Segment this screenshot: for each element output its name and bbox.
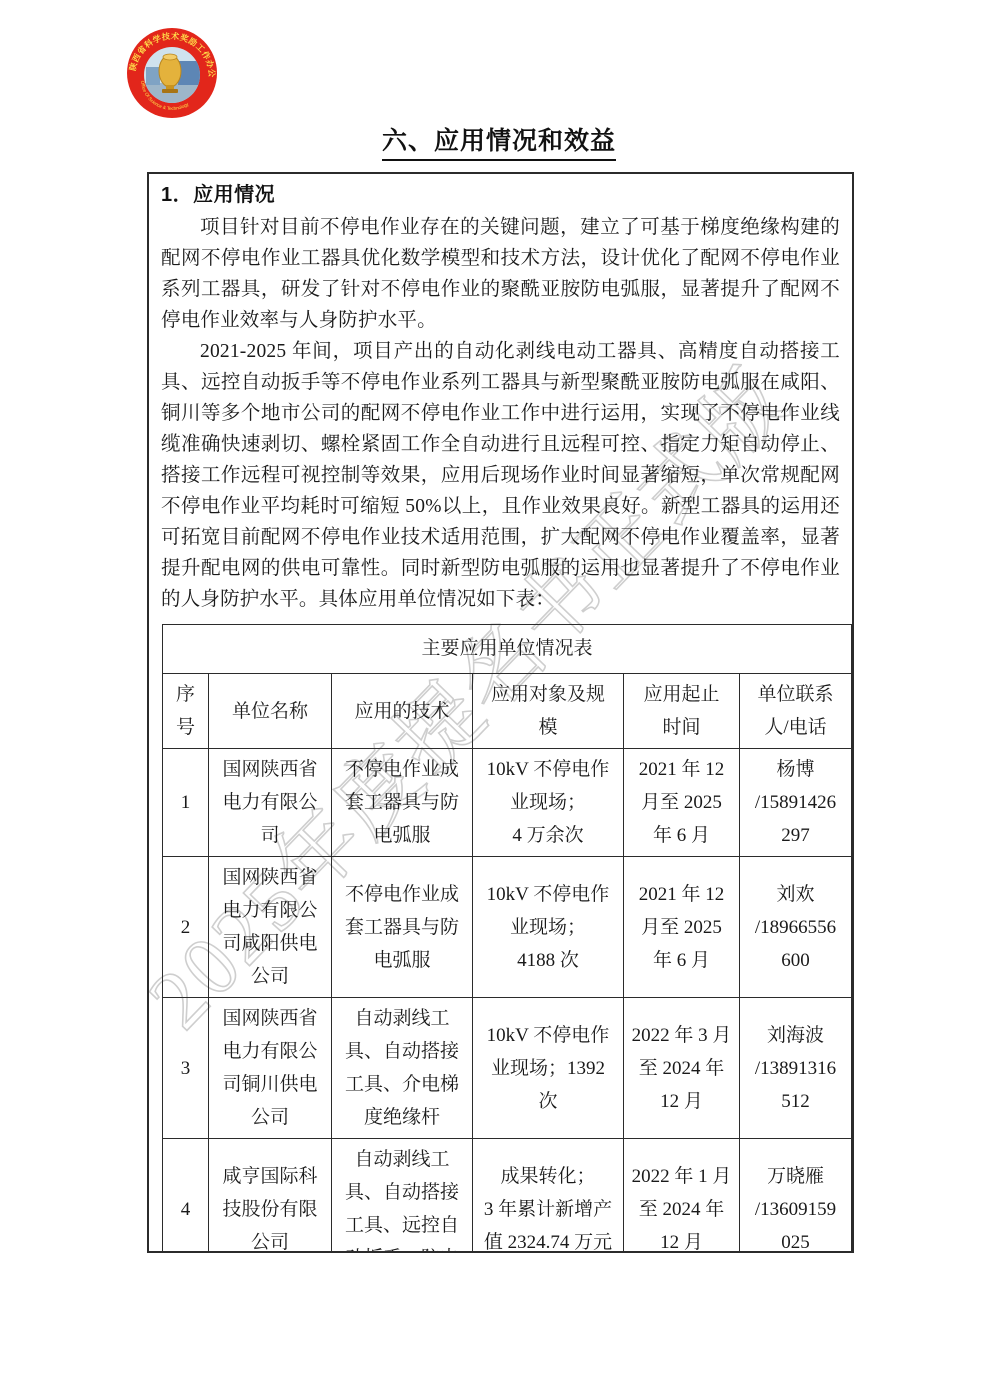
cell-index: 2	[163, 857, 209, 998]
table-row: 3 国网陕西省 电力有限公 司铜川供电 公司 自动剥线工 具、自动搭接 工具、介…	[163, 998, 852, 1139]
cell-index: 4	[163, 1139, 209, 1254]
cell-scope: 10kV 不停电作 业现场；1392 次	[473, 998, 624, 1139]
cell-unit-name: 国网陕西省 电力有限公 司	[209, 749, 332, 857]
table-caption-row: 主要应用单位情况表	[163, 625, 852, 674]
section-box: 1．应用情况 项目针对目前不停电作业存在的关键问题，建立了可基于梯度绝缘构建的配…	[147, 172, 854, 1253]
cell-period: 2022 年 1 月 至 2024 年 12 月	[624, 1139, 740, 1254]
cell-contact: 刘欢 /18966556 600	[740, 857, 852, 998]
cell-period: 2021 年 12 月至 2025 年 6 月	[624, 749, 740, 857]
cell-period: 2022 年 3 月 至 2024 年 12 月	[624, 998, 740, 1139]
title-row: 六、应用情况和效益	[147, 124, 851, 161]
cell-index: 3	[163, 998, 209, 1139]
col-header-period: 应用起止 时间	[624, 674, 740, 749]
table-row: 4 咸亨国际科 技股份有限 公司 自动剥线工 具、自动搭接 工具、远控自 动扳手…	[163, 1139, 852, 1254]
cell-index: 1	[163, 749, 209, 857]
org-seal-logo: 陕西省科学技术奖励工作办公室 Office Of Science & Techn…	[126, 27, 218, 119]
col-header-unit-name: 单位名称	[209, 674, 332, 749]
col-header-technology: 应用的技术	[332, 674, 473, 749]
cell-technology: 自动剥线工 具、自动搭接 工具、远控自 动扳手、防电	[332, 1139, 473, 1254]
col-header-scope: 应用对象及规 模	[473, 674, 624, 749]
cell-unit-name: 国网陕西省 电力有限公 司咸阳供电 公司	[209, 857, 332, 998]
cell-unit-name: 国网陕西省 电力有限公 司铜川供电 公司	[209, 998, 332, 1139]
document-page: { "logo": { "org_name_ring": "陕西省科学技术奖励工…	[0, 0, 990, 1399]
table-header-row: 序 号 单位名称 应用的技术 应用对象及规 模 应用起止 时间 单位联系 人/电…	[163, 674, 852, 749]
table-caption: 主要应用单位情况表	[163, 625, 852, 674]
cell-technology: 自动剥线工 具、自动搭接 工具、介电梯 度绝缘杆	[332, 998, 473, 1139]
section-heading: 1．应用情况	[161, 180, 840, 210]
cell-technology: 不停电作业成 套工器具与防 电弧服	[332, 857, 473, 998]
table-row: 2 国网陕西省 电力有限公 司咸阳供电 公司 不停电作业成 套工器具与防 电弧服…	[163, 857, 852, 998]
cell-scope: 10kV 不停电作 业现场； 4188 次	[473, 857, 624, 998]
col-header-index: 序 号	[163, 674, 209, 749]
table-row: 1 国网陕西省 电力有限公 司 不停电作业成 套工器具与防 电弧服 10kV 不…	[163, 749, 852, 857]
page-title: 六、应用情况和效益	[382, 124, 616, 161]
cell-scope: 10kV 不停电作 业现场； 4 万余次	[473, 749, 624, 857]
cell-scope: 成果转化； 3 年累计新增产 值 2324.74 万元	[473, 1139, 624, 1254]
col-header-contact: 单位联系 人/电话	[740, 674, 852, 749]
cell-contact: 万晓雁 /13609159 025	[740, 1139, 852, 1254]
cell-unit-name: 咸亨国际科 技股份有限 公司	[209, 1139, 332, 1254]
cell-contact: 刘海波 /13891316 512	[740, 998, 852, 1139]
paragraph-application-detail: 2021-2025 年间，项目产出的自动化剥线电动工器具、高精度自动搭接工具、远…	[161, 336, 840, 615]
paragraph-application-overview: 项目针对目前不停电作业存在的关键问题，建立了可基于梯度绝缘构建的配网不停电作业工…	[161, 212, 840, 336]
cell-period: 2021 年 12 月至 2025 年 6 月	[624, 857, 740, 998]
cell-technology: 不停电作业成 套工器具与防 电弧服	[332, 749, 473, 857]
application-units-table: 主要应用单位情况表 序 号 单位名称 应用的技术 应用对象及规 模 应用起止 时…	[162, 624, 852, 1253]
cell-contact: 杨博 /15891426 297	[740, 749, 852, 857]
